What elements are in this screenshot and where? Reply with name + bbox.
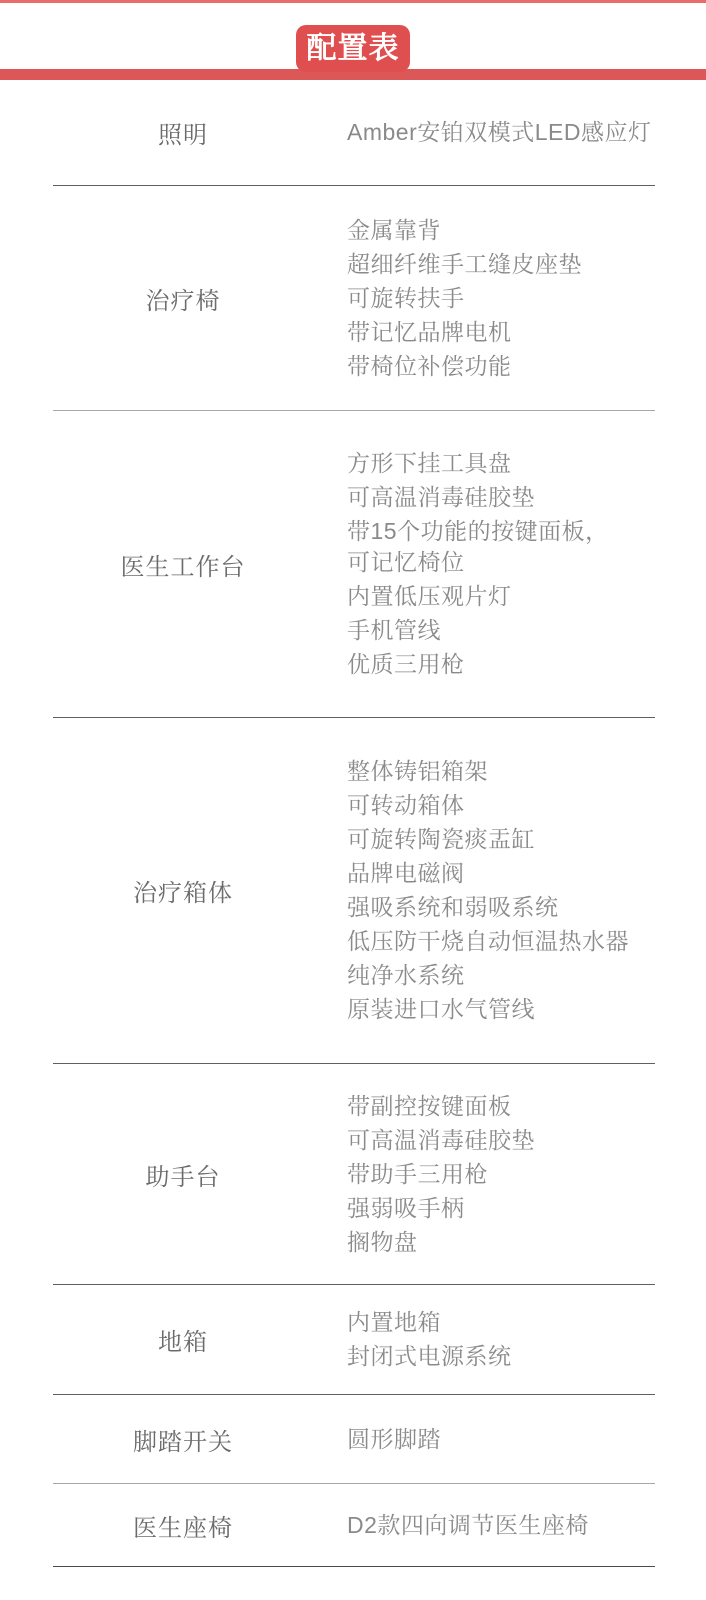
spec-item: 带15个功能的按键面板， 可记忆椅位 xyxy=(347,516,655,578)
table-row: 助手台带副控按键面板可高温消毒硅胶垫带助手三用枪强弱吸手柄搁物盘 xyxy=(0,1064,706,1284)
spec-item: 手机管线 xyxy=(347,615,655,646)
spec-item: 带助手三用枪 xyxy=(347,1159,655,1190)
config-table: 照明Amber安铂双模式LED感应灯治疗椅金属靠背超细纤维手工缝皮座垫可旋转扶手… xyxy=(0,80,706,1567)
spec-item: 方形下挂工具盘 xyxy=(347,448,655,479)
table-row: 医生工作台方形下挂工具盘可高温消毒硅胶垫带15个功能的按键面板， 可记忆椅位内置… xyxy=(0,411,706,717)
row-values: 带副控按键面板可高温消毒硅胶垫带助手三用枪强弱吸手柄搁物盘 xyxy=(313,1088,655,1261)
badge-label: 配置表 xyxy=(307,34,400,64)
spec-item: 可高温消毒硅胶垫 xyxy=(347,482,655,513)
spec-item: 带副控按键面板 xyxy=(347,1091,655,1122)
row-values: 内置地箱封闭式电源系统 xyxy=(313,1304,655,1375)
config-table-badge: 配置表 xyxy=(296,25,410,72)
spec-item: D2款四向调节医生座椅 xyxy=(347,1510,655,1541)
row-values: 金属靠背超细纤维手工缝皮座垫可旋转扶手带记忆品牌电机带椅位补偿功能 xyxy=(313,212,655,385)
spec-item: 低压防干烧自动恒温热水器 xyxy=(347,926,655,957)
spec-item: 圆形脚踏 xyxy=(347,1424,655,1455)
row-values: D2款四向调节医生座椅 xyxy=(313,1507,655,1544)
row-divider xyxy=(53,1566,655,1567)
table-row: 治疗箱体整体铸铝箱架可转动箱体可旋转陶瓷痰盂缸品牌电磁阀强吸系统和弱吸系统低压防… xyxy=(0,718,706,1063)
row-values: Amber安铂双模式LED感应灯 xyxy=(313,114,655,151)
table-row: 地箱内置地箱封闭式电源系统 xyxy=(0,1285,706,1394)
spec-item: 内置地箱 xyxy=(347,1307,655,1338)
row-label: 治疗箱体 xyxy=(53,873,313,908)
page-header: 配置表 xyxy=(0,3,706,80)
spec-item: 原装进口水气管线 xyxy=(347,994,655,1025)
row-label: 照明 xyxy=(53,115,313,150)
row-label: 地箱 xyxy=(53,1322,313,1357)
spec-item: 优质三用枪 xyxy=(347,649,655,680)
spec-item: 封闭式电源系统 xyxy=(347,1341,655,1372)
spec-item: 内置低压观片灯 xyxy=(347,581,655,612)
spec-item: 金属靠背 xyxy=(347,215,655,246)
row-label: 医生工作台 xyxy=(53,547,313,582)
spec-item: 带记忆品牌电机 xyxy=(347,317,655,348)
table-row: 治疗椅金属靠背超细纤维手工缝皮座垫可旋转扶手带记忆品牌电机带椅位补偿功能 xyxy=(0,186,706,410)
spec-item: 超细纤维手工缝皮座垫 xyxy=(347,249,655,280)
row-label: 医生座椅 xyxy=(53,1508,313,1543)
row-label: 治疗椅 xyxy=(53,281,313,316)
row-values: 方形下挂工具盘可高温消毒硅胶垫带15个功能的按键面板， 可记忆椅位内置低压观片灯… xyxy=(313,445,655,683)
row-label: 脚踏开关 xyxy=(53,1422,313,1457)
spec-item: Amber安铂双模式LED感应灯 xyxy=(347,117,655,148)
table-row: 照明Amber安铂双模式LED感应灯 xyxy=(0,80,706,185)
spec-item: 带椅位补偿功能 xyxy=(347,351,655,382)
row-label: 助手台 xyxy=(53,1157,313,1192)
spec-item: 强吸系统和弱吸系统 xyxy=(347,892,655,923)
row-values: 整体铸铝箱架可转动箱体可旋转陶瓷痰盂缸品牌电磁阀强吸系统和弱吸系统低压防干烧自动… xyxy=(313,753,655,1028)
spec-item: 可高温消毒硅胶垫 xyxy=(347,1125,655,1156)
row-values: 圆形脚踏 xyxy=(313,1421,655,1458)
product-spec-page: 配置表 照明Amber安铂双模式LED感应灯治疗椅金属靠背超细纤维手工缝皮座垫可… xyxy=(0,0,706,1600)
spec-item: 可转动箱体 xyxy=(347,790,655,821)
spec-item: 可旋转陶瓷痰盂缸 xyxy=(347,824,655,855)
spec-item: 搁物盘 xyxy=(347,1227,655,1258)
table-row: 脚踏开关圆形脚踏 xyxy=(0,1395,706,1483)
table-row: 医生座椅D2款四向调节医生座椅 xyxy=(0,1484,706,1566)
spec-item: 纯净水系统 xyxy=(347,960,655,991)
spec-item: 品牌电磁阀 xyxy=(347,858,655,889)
spec-item: 强弱吸手柄 xyxy=(347,1193,655,1224)
spec-item: 可旋转扶手 xyxy=(347,283,655,314)
spec-item: 整体铸铝箱架 xyxy=(347,756,655,787)
